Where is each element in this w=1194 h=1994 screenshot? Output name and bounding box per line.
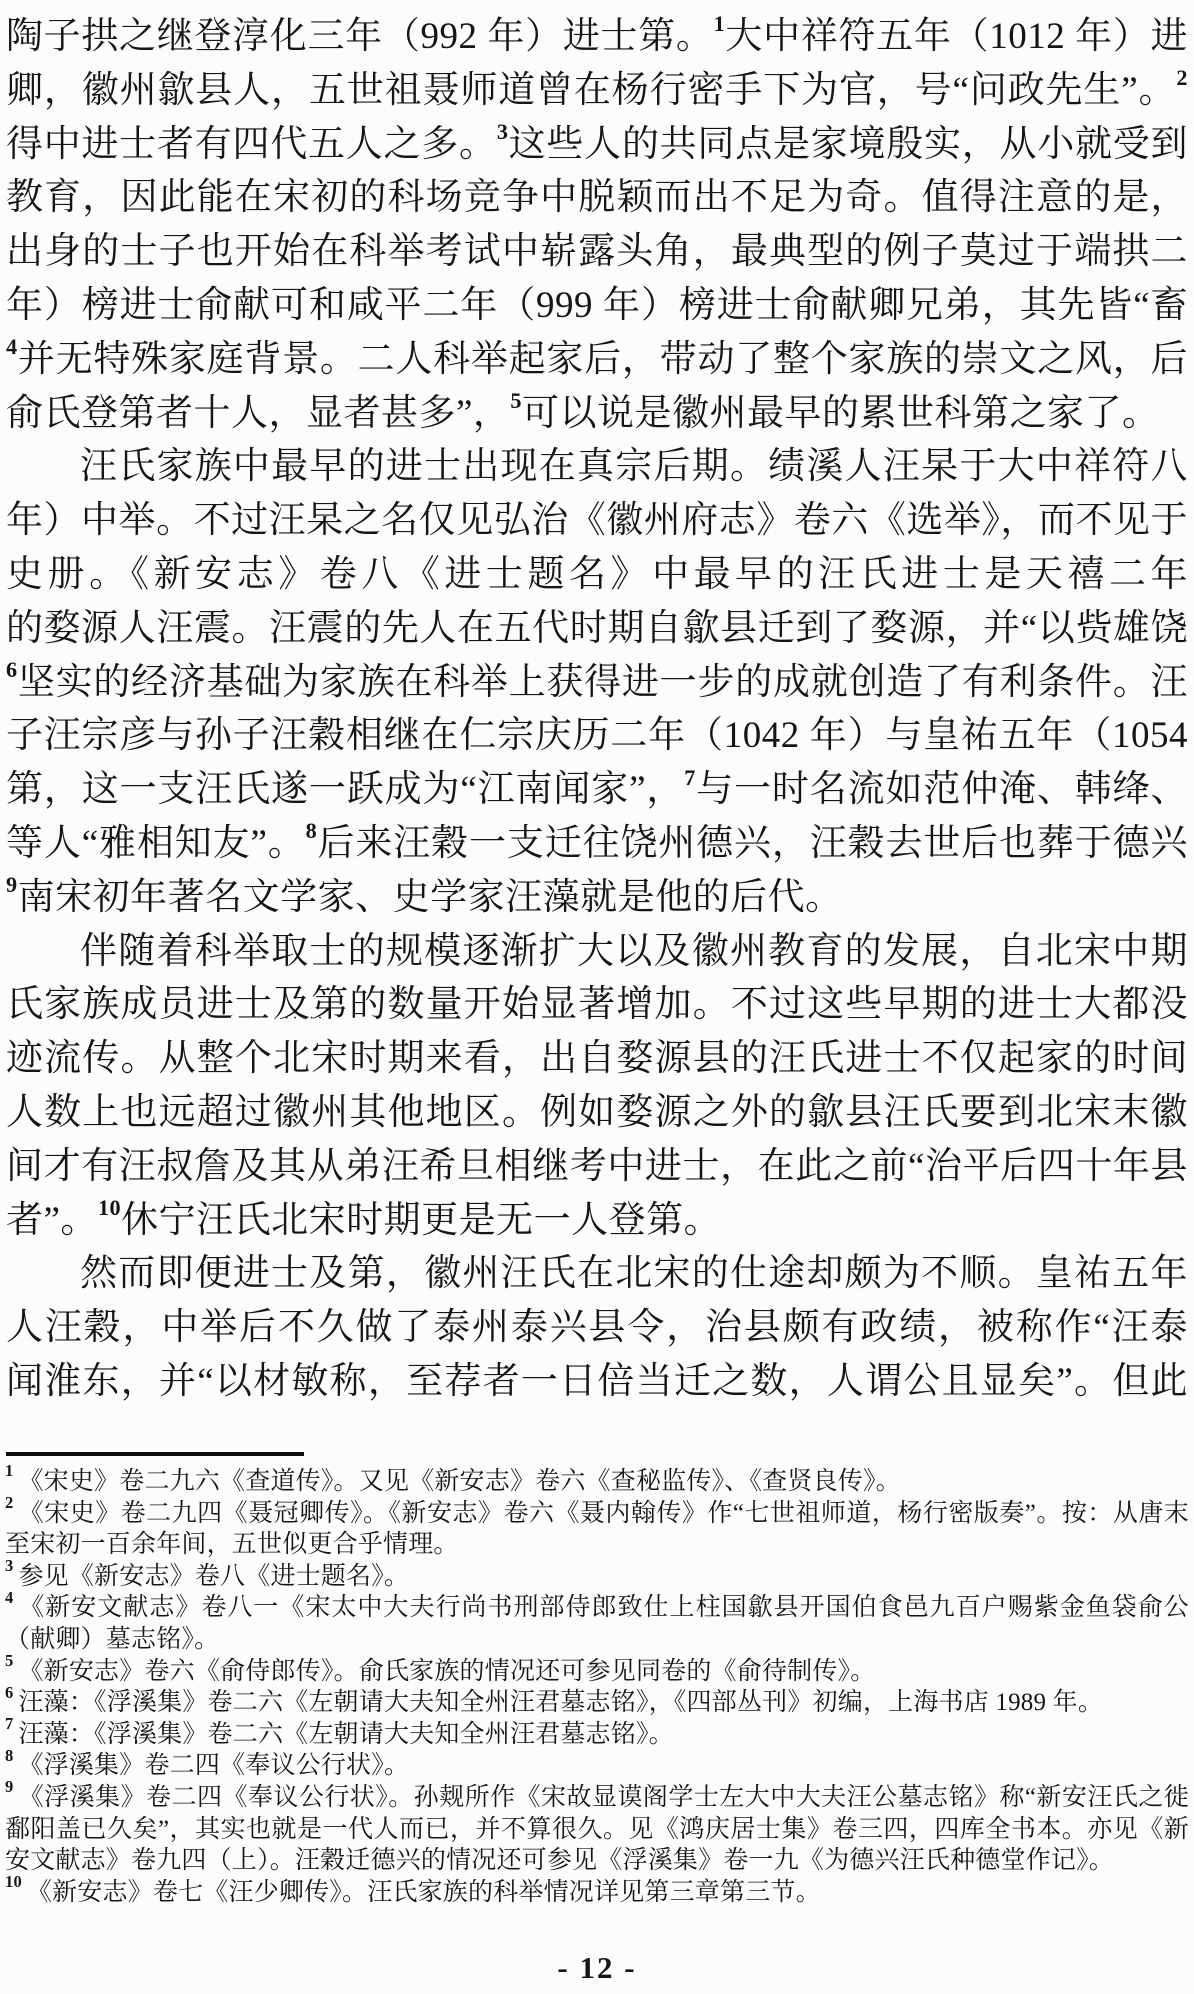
footnote-marker: 10: [5, 1872, 22, 1891]
footnote-item: 3参见《新安志》卷八《进士题名》。: [5, 1561, 1189, 1593]
text-line: 人数上也远超过徽州其他地区。例如婺源之外的歙县汪氏要到北宋末徽宗崇宁年: [6, 1086, 1188, 1140]
text-line: 6坚实的经济基础为家族在科举上获得进一步的成就创造了有利条件。汪震的儿: [6, 656, 1188, 710]
footnote-marker: 5: [5, 1651, 13, 1670]
footnote-item: 10《新安志》卷七《汪少卿传》。汪氏家族的科举情况详见第三章第三节。: [5, 1877, 1189, 1909]
text-line: 得中进士者有四代五人之多。3这些人的共同点是家境殷实，从小就受到良好的: [6, 118, 1188, 172]
page-number: - 12 -: [0, 1950, 1194, 1986]
footnote-marker: 7: [5, 1714, 13, 1733]
footnote-marker: 4: [5, 1588, 13, 1607]
text-line: 闻淮东，并“以材敏称，至荐者一日倍当迁之数，人谓公且显矣”。但此后汪穀: [6, 1355, 1188, 1409]
text-line: 9南宋初年著名文学家、史学家汪藻就是他的后代。: [6, 871, 1188, 925]
footnote-item: 8《浮溪集》卷二四《奉议公行状》。: [5, 1750, 1189, 1782]
footnote-item: 2《宋史》卷二九四《聂冠卿传》。《新安志》卷六《聂内翰传》作“七世祖师道，杨行密…: [5, 1498, 1189, 1561]
footnote-item: 7汪藻：《浮溪集》卷二六《左朝请大夫知全州汪君墓志铭》。: [5, 1719, 1189, 1751]
footnote-ref: 7: [684, 765, 696, 790]
footnote-marker: 3: [5, 1556, 13, 1575]
text-line: 陶子拱之继登淳化三年（992 年）进士第。1大中祥符五年（1012 年）进士聂冠: [6, 10, 1188, 64]
text-line: 然而即便进士及第，徽州汪氏在北宋的仕途却颇为不顺。皇祐五年进士婺源: [6, 1247, 1188, 1301]
footnote-ref: 9: [6, 872, 18, 897]
footnote-marker: 9: [5, 1777, 13, 1796]
footnote-item: 1《宋史》卷二九六《查道传》。又见《新安志》卷六《查秘监传》、《查贤良传》。: [5, 1466, 1189, 1498]
text-line: 子汪宗彦与孙子汪穀相继在仁宗庆历二年（1042 年）与皇祐五年（1054 年）登: [6, 709, 1188, 763]
footnote-ref: 1: [714, 11, 726, 36]
footnotes: 1《宋史》卷二九六《查道传》。又见《新安志》卷六《查秘监传》、《查贤良传》。2《…: [5, 1466, 1189, 1908]
footnote-ref: 10: [98, 1195, 121, 1220]
footnote-marker: 8: [5, 1746, 13, 1765]
footnote-ref: 5: [510, 388, 522, 413]
scanned-page: 陶子拱之继登淳化三年（992 年）进士第。1大中祥符五年（1012 年）进士聂冠…: [0, 0, 1194, 1994]
footnote-ref: 8: [306, 818, 318, 843]
text-line: 者”。10休宁汪氏北宋时期更是无一人登第。: [6, 1194, 1188, 1248]
text-line: 第，这一支汪氏遂一跃成为“江南闻家”，7与一时名流如范仲淹、韩绛、王安石: [6, 763, 1188, 817]
text-line: 人汪穀，中举后不久做了泰州泰兴县令，治县颇有政绩，被称作“汪泰兴”，名: [6, 1301, 1188, 1355]
emphasis-dots-artifact: ·····: [284, 1010, 326, 1028]
text-line: 等人“雅相知友”。8后来汪穀一支迁往饶州德兴，汪穀去世后也葬于德兴龙溪源。: [6, 817, 1188, 871]
footnote-item: 6汪藻：《浮溪集》卷二六《左朝请大夫知全州汪君墓志铭》，《四部丛刊》初编，上海书…: [5, 1687, 1189, 1719]
footnote-item: 9《浮溪集》卷二四《奉议公行状》。孙觌所作《宋故显谟阁学士左大中大夫汪公墓志铭》…: [5, 1782, 1189, 1877]
text-line: 间才有汪叔詹及其从弟汪希旦相继考中进士，在此之前“治平后四十年县无决科: [6, 1140, 1188, 1194]
text-line: 年）榜进士俞献可和咸平二年（999 年）榜进士俞献卿兄弟，其先皆“畜德不仕”，: [6, 279, 1188, 333]
paragraph: 陶子拱之继登淳化三年（992 年）进士第。1大中祥符五年（1012 年）进士聂冠…: [6, 10, 1188, 440]
text-line: 年）中举。不过汪杲之名仅见弘治《徽州府志》卷六《选举》，而不见于宋代的: [6, 494, 1188, 548]
text-line: 教育，因此能在宋初的科场竞争中脱颖而出不足为奇。值得注意的是，一些布衣: [6, 171, 1188, 225]
footnote-item: 5《新安志》卷六《俞侍郎传》。俞氏家族的情况还可参见同卷的《俞待制传》。: [5, 1656, 1189, 1688]
body-text: 陶子拱之继登淳化三年（992 年）进士第。1大中祥符五年（1012 年）进士聂冠…: [6, 10, 1188, 1409]
text-line: 史册。《新安志》卷八《进士题名》中最早的汪氏进士是天禧二年（1018 年）榜: [6, 548, 1188, 602]
paragraph: 然而即便进士及第，徽州汪氏在北宋的仕途却颇为不顺。皇祐五年进士婺源人汪穀，中举后…: [6, 1247, 1188, 1408]
footnote-ref: 6: [6, 657, 18, 682]
footnote-marker: 6: [5, 1683, 13, 1702]
footnote-marker: 2: [5, 1493, 13, 1512]
text-line: 的婺源人汪震。汪震的先人在五代时期自歙县迁到了婺源，并“以赀雄饶歙间”。: [6, 602, 1188, 656]
text-line: 伴随着科举取士的规模逐渐扩大以及徽州教育的发展，自北宋中期以后，汪: [6, 925, 1188, 979]
paragraph: 伴随着科举取士的规模逐渐扩大以及徽州教育的发展，自北宋中期以后，汪氏家族成员进士…: [6, 925, 1188, 1248]
text-line: 出身的士子也开始在科举考试中崭露头角，最典型的例子莫过于端拱二年（989: [6, 225, 1188, 279]
footnote-separator: [6, 1452, 304, 1456]
footnote-ref: 3: [497, 119, 509, 144]
footnote-item: 4《新安文献志》卷八一《宋太中大夫行尚书刑部侍郎致仕上柱国歙县开国伯食邑九百户赐…: [5, 1592, 1189, 1655]
text-line: 氏家族成员进士及第的数量开始显著增加。不过这些早期的进士大都没有多少事: [6, 978, 1188, 1032]
text-line: 卿，徽州歙县人，五世祖聂师道曾在杨行密手下为官，号“问政先生”。2其家族: [6, 64, 1188, 118]
footnote-ref: 4: [6, 334, 18, 359]
text-line: 汪氏家族中最早的进士出现在真宗后期。绩溪人汪杲于大中祥符八年（1015: [6, 440, 1188, 494]
text-line: 俞氏登第者十人，显者甚多”，5可以说是徽州最早的累世科第之家了。: [6, 387, 1188, 441]
text-line: 迹流传。从整个北宋时期来看，出自婺源县的汪氏进士不仅起家的时间比较早，: [6, 1032, 1188, 1086]
text-line: 4并无特殊家庭背景。二人科举起家后，带动了整个家族的崇文之风，后裔“凡: [6, 333, 1188, 387]
paragraph: 汪氏家族中最早的进士出现在真宗后期。绩溪人汪杲于大中祥符八年（1015年）中举。…: [6, 440, 1188, 924]
footnote-marker: 1: [5, 1461, 13, 1480]
footnote-ref: 2: [1176, 65, 1188, 90]
